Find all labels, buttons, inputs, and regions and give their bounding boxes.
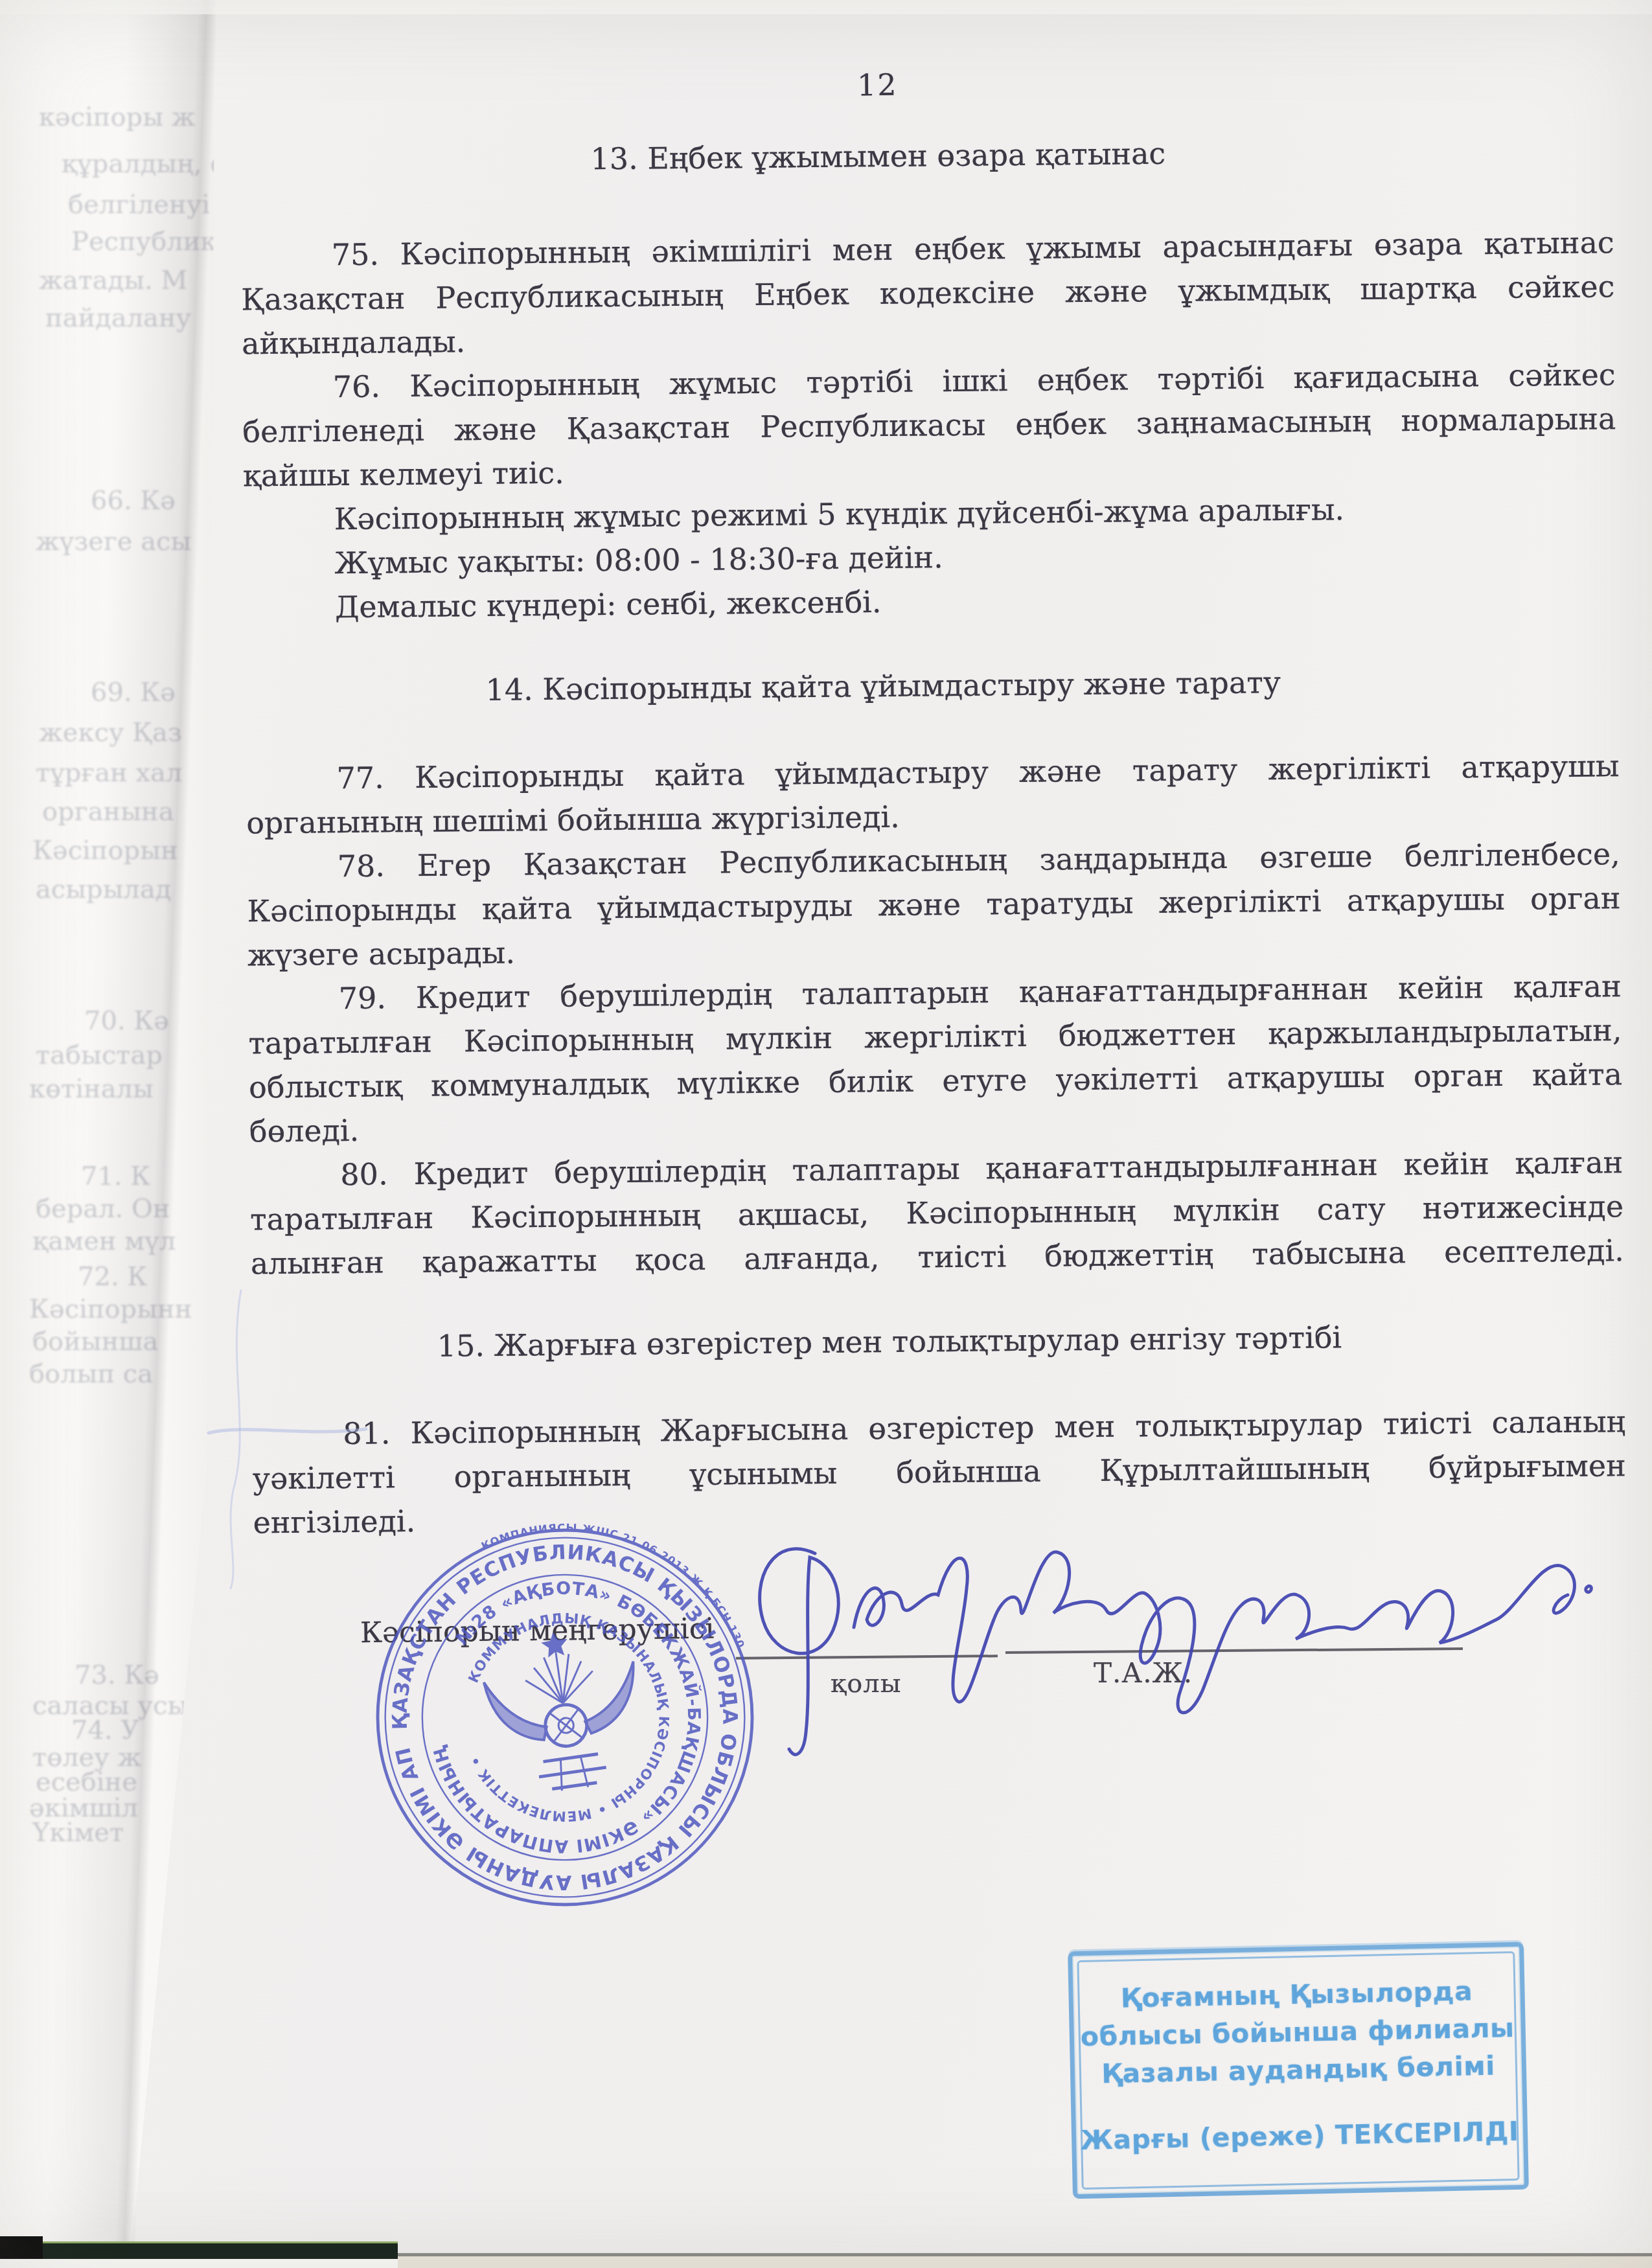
bleed-through-fragment: болып са [29, 1359, 153, 1389]
page-number: 12 [239, 56, 1613, 113]
bleed-through-fragment: 73. Кә [75, 1660, 159, 1690]
surface-below-left-page [0, 2259, 398, 2268]
bleed-through-fragment: органына [42, 797, 174, 827]
bleed-through-fragment: Кәсіпорынн [29, 1294, 192, 1324]
adjacent-page-edge: кәсіпоры жқұралдың, сбелгіленуіРеспублик… [0, 0, 233, 2268]
bleed-through-fragment: пайдалану [45, 303, 191, 333]
surface-below-page [398, 2256, 1652, 2268]
caption-qoly: қолы [831, 1669, 902, 1699]
bleed-through-fragment: бойынша [32, 1327, 158, 1357]
section-heading: 13. Еңбек ұжымымен өзара қатынас [240, 127, 1614, 184]
official-round-seal: КОМПАНИЯСЫ ЖШС 21.06.2013 Ж.Қ БСН 130 ҚА… [358, 1507, 772, 1928]
stamp-line: Қоғамның Қызылорда [1120, 1972, 1473, 2017]
verification-stamp: Қоғамның Қызылорда облысы бойынша филиал… [1068, 1942, 1529, 2199]
stamp-line: Қазалы аудандық бөлімі [1101, 2047, 1496, 2093]
bleed-through-fragment: жүзеге асы [36, 527, 191, 556]
bleed-through-fragment: асырылад [36, 875, 171, 904]
bleed-through-fragment: Үкімет [32, 1818, 124, 1848]
page-bottom-edge-dark [0, 2241, 398, 2259]
bleed-through-fragment: 74. У [71, 1715, 139, 1745]
bleed-through-fragment: 69. Кә [91, 678, 176, 707]
stamp-verdict-line: Жарғы (ереже) ТЕКСЕРІЛДІ [1080, 2113, 1519, 2159]
bleed-through-fragment: Кәсіпорын [32, 836, 178, 865]
section-heading: 14. Кәсіпорынды қайта ұйымдастыру және т… [245, 657, 1619, 714]
bleed-through-fragment: жатады. М [39, 266, 187, 295]
fullname-line [1005, 1647, 1463, 1654]
bleed-through-fragment: табыстар [36, 1040, 163, 1070]
bleed-through-fragment: кәсіпоры ж [39, 102, 196, 132]
bleed-through-fragment: 70. Кә [84, 1006, 169, 1036]
bleed-through-fragment: берал. Он [36, 1194, 170, 1224]
bleed-through-fragment: қамен мүл [32, 1226, 176, 1256]
bleed-through-fragment: 66. Кә [91, 486, 176, 516]
stamp-line: облысы бойынша филиалы [1080, 2009, 1515, 2056]
bleed-through-fragment: көтіналы [29, 1074, 154, 1104]
bleed-through-fragment: тұрған хал [36, 758, 182, 788]
bleed-through-fragment: 72. К [78, 1262, 147, 1292]
bleed-through-fragment: Республик [71, 227, 216, 257]
bleed-through-fragment: құралдың, с [62, 149, 225, 179]
bleed-through-fragment: 71. К [81, 1162, 150, 1191]
section-heading: 15. Жарғыға өзгерістер мен толықтырулар … [251, 1312, 1625, 1369]
bleed-through-fragment: жексу Қаз [39, 718, 182, 748]
document-body: 1213. Еңбек ұжымымен өзара қатынас75. Кә… [238, 0, 1627, 1544]
signature-line [736, 1655, 998, 1660]
caption-taj: Т.А.Ж. [1094, 1657, 1193, 1689]
bleed-through-fragment: белгіленуі [68, 190, 210, 220]
scanned-document-page: кәсіпоры жқұралдың, сбелгіленуіРеспублик… [0, 0, 1652, 2268]
